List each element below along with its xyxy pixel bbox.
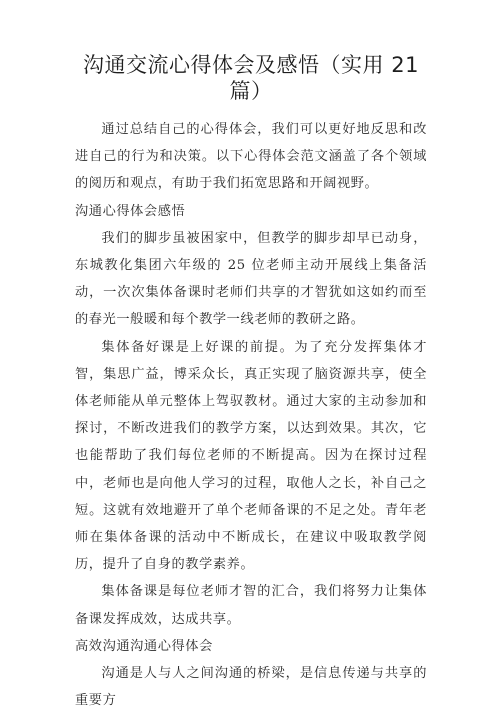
document-page: 沟通交流心得体会及感悟（实用 21 篇） 通过总结自己的心得体会，我们可以更好地… (75, 52, 427, 707)
intro-paragraph: 通过总结自己的心得体会，我们可以更好地反思和改进自己的行为和决策。以下心得体会范… (75, 116, 427, 198)
body-paragraph: 集体备课是每位老师才智的汇合，我们将努力让集体备课发挥成效，达成共享。 (75, 578, 427, 632)
body-paragraph: 集体备好课是上好课的前提。为了充分发挥集体才智，集思广益，博采众长，真正实现了脑… (75, 334, 427, 579)
document-title: 沟通交流心得体会及感悟（实用 21 篇） (75, 52, 427, 104)
section-heading: 沟通心得体会感悟 (75, 198, 427, 225)
section-1: 沟通心得体会感悟 我们的脚步虽被困家中，但教学的脚步却早已动身，东城教化集团六年… (75, 198, 427, 633)
body-paragraph: 沟通是人与人之间沟通的桥梁，是信息传递与共享的重要方 (75, 660, 427, 707)
section-heading: 高效沟通沟通心得体会 (75, 633, 427, 660)
section-2: 高效沟通沟通心得体会 沟通是人与人之间沟通的桥梁，是信息传递与共享的重要方 (75, 633, 427, 707)
body-paragraph: 我们的脚步虽被困家中，但教学的脚步却早已动身，东城教化集团六年级的 25 位老师… (75, 225, 427, 334)
